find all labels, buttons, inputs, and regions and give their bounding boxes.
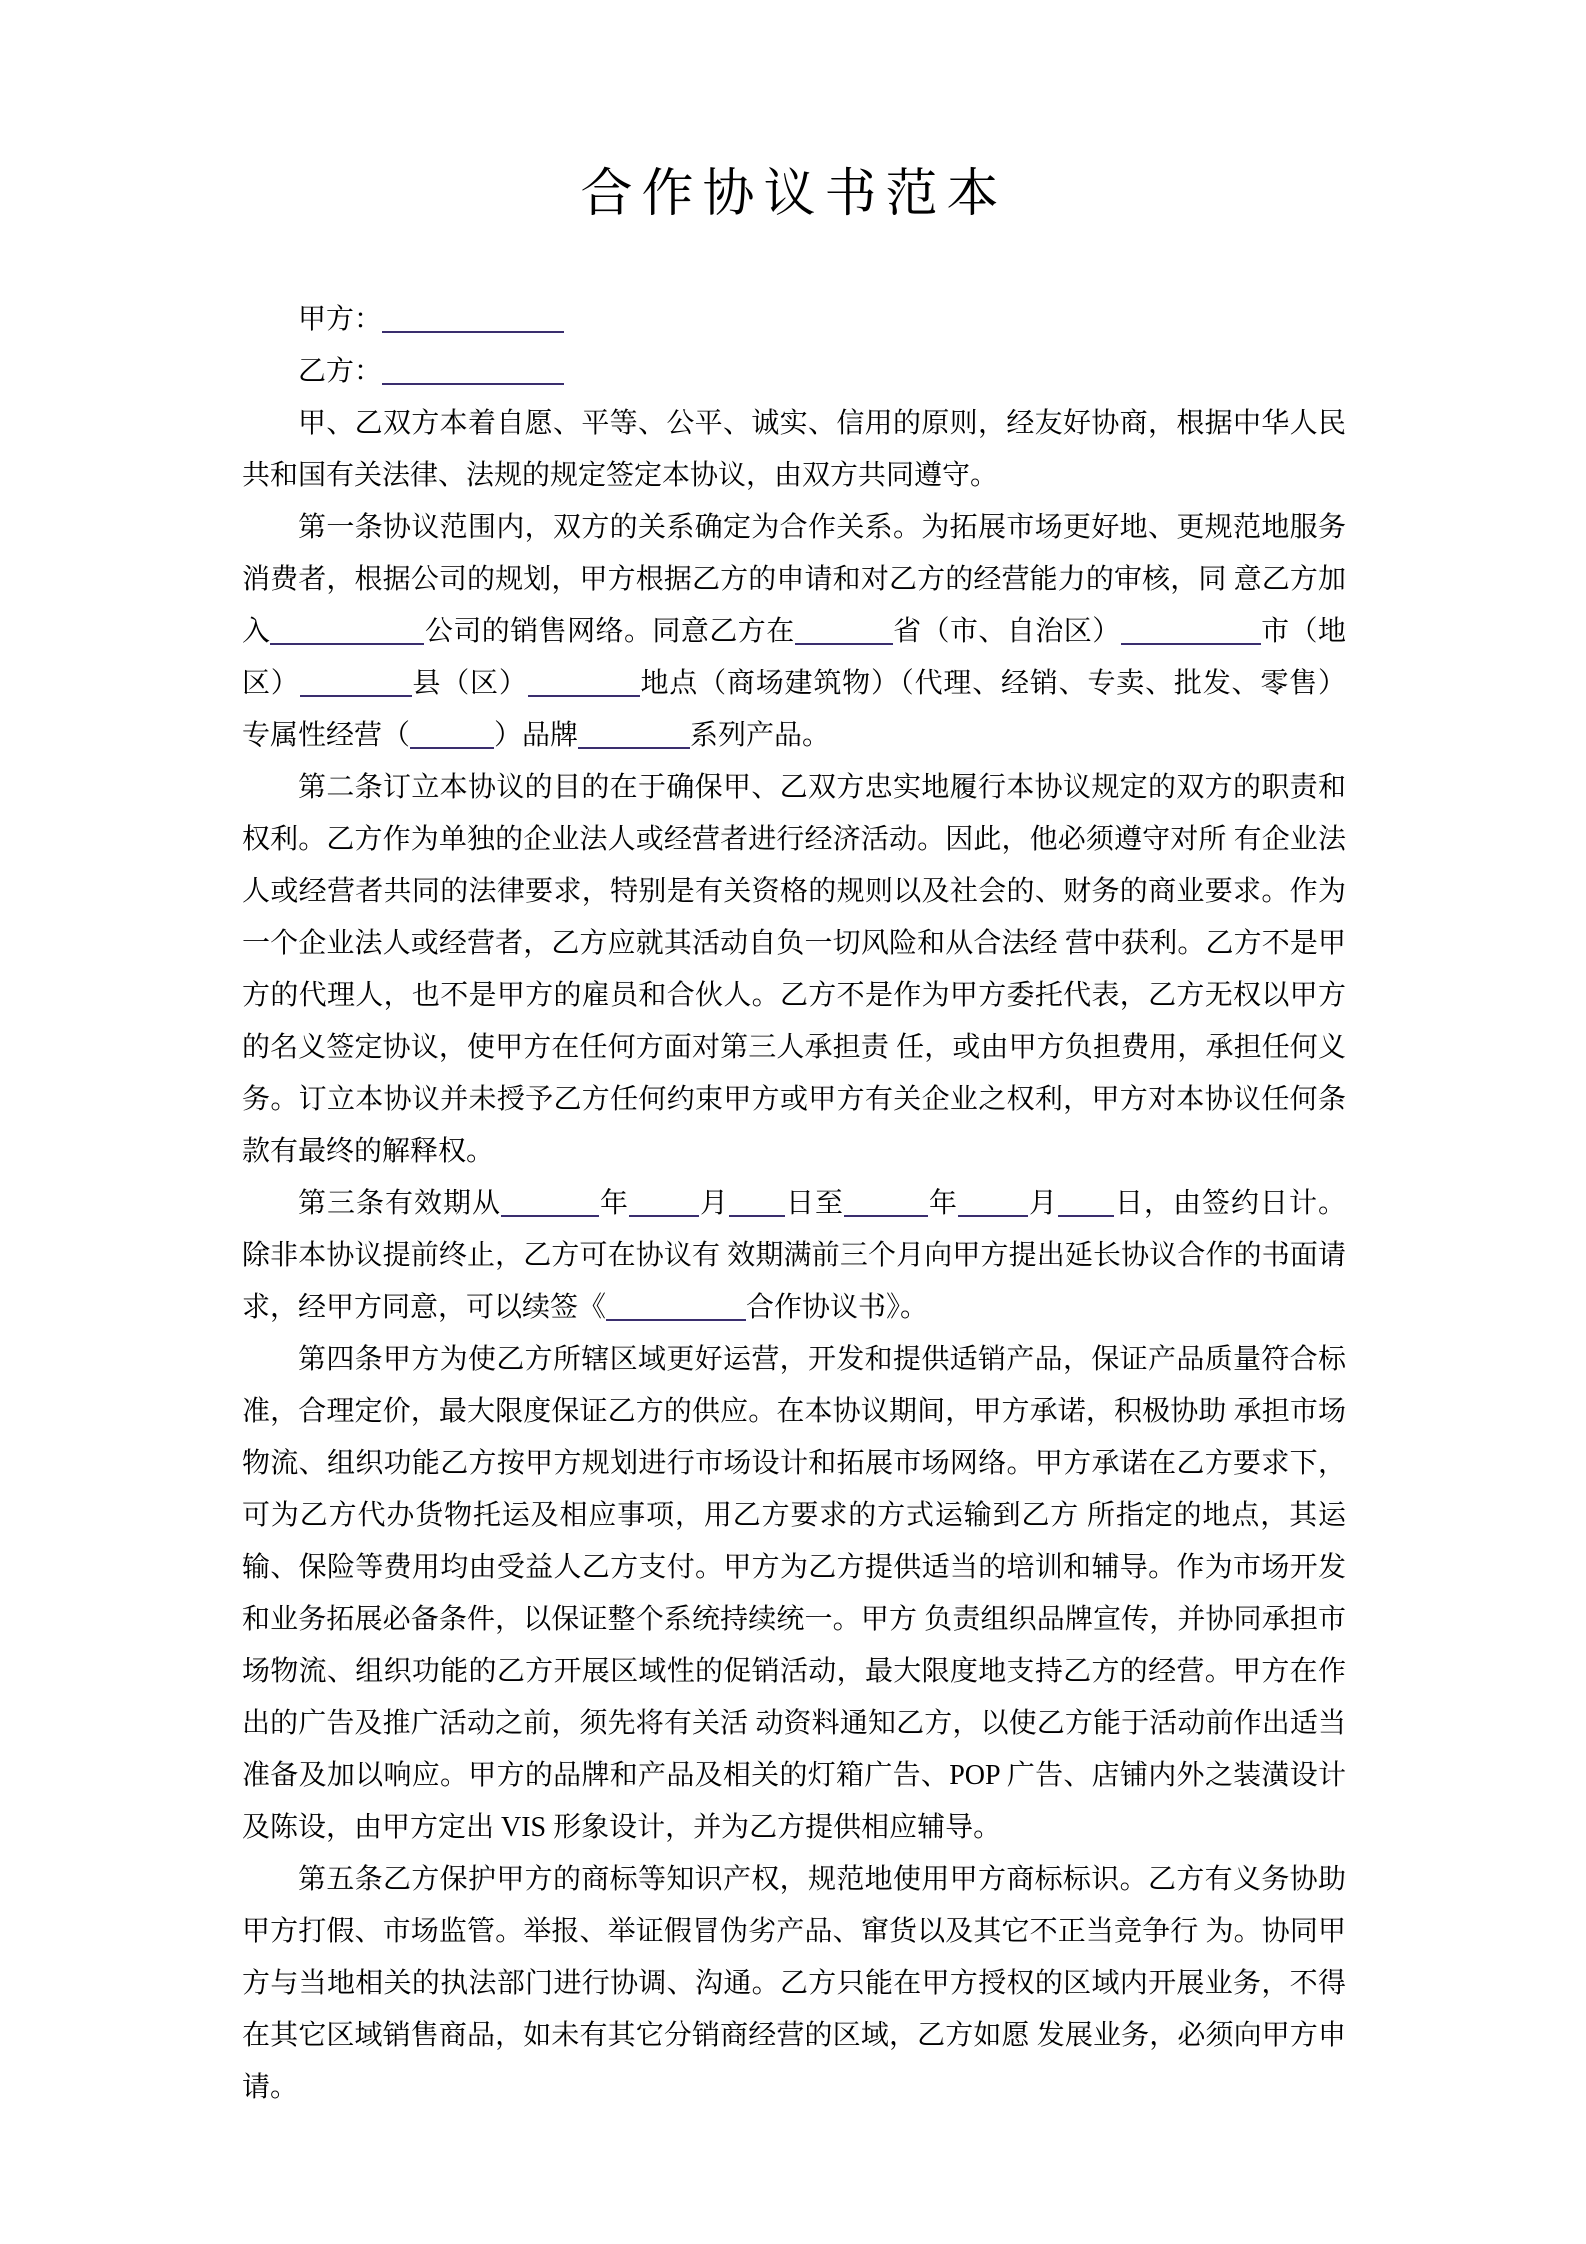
fill-in-blank bbox=[501, 1185, 599, 1217]
clause-5-paragraph: 第五条乙方保护甲方的商标等知识产权，规范地使用甲方商标标识。乙方有义务协助甲方打… bbox=[242, 1854, 1346, 2114]
fill-in-blank bbox=[729, 1185, 785, 1217]
fill-in-blank bbox=[300, 665, 412, 697]
fill-in-blank bbox=[629, 1185, 699, 1217]
clause-1-paragraph: 第一条协议范围内，双方的关系确定为合作关系。为拓展市场更好地、更规范地服务消费者… bbox=[242, 502, 1346, 762]
fill-in-blank bbox=[844, 1185, 928, 1217]
fill-in-blank bbox=[270, 613, 424, 645]
party-a-line: 甲方： bbox=[242, 294, 1346, 346]
fill-in-blank bbox=[1058, 1185, 1114, 1217]
clause-2-paragraph: 第二条订立本协议的目的在于确保甲、乙双方忠实地履行本协议规定的双方的职责和权利。… bbox=[242, 762, 1346, 1178]
contract-document-page: 合作协议书范本 甲方： 乙方： 甲、乙双方本着自愿、平等、公平、诚实、信用的原则… bbox=[0, 0, 1586, 2244]
fill-in-blank bbox=[958, 1185, 1028, 1217]
fill-in-blank bbox=[795, 613, 893, 645]
preamble-paragraph: 甲、乙双方本着自愿、平等、公平、诚实、信用的原则，经友好协商，根据中华人民共和国… bbox=[242, 398, 1346, 502]
fill-in-blank bbox=[528, 665, 640, 697]
clause-4-paragraph: 第四条甲方为使乙方所辖区域更好运营，开发和提供适销产品，保证产品质量符合标准，合… bbox=[242, 1334, 1346, 1854]
clause-3-paragraph: 第三条有效期从年月日至年月日，由签约日计。除非本协议提前终止，乙方可在协议有 效… bbox=[242, 1178, 1346, 1334]
fill-in-blank bbox=[606, 1289, 746, 1321]
document-title: 合作协议书范本 bbox=[242, 150, 1346, 240]
party-b-line: 乙方： bbox=[242, 346, 1346, 398]
fill-in-blank bbox=[410, 717, 494, 749]
fill-in-blank bbox=[382, 353, 564, 385]
fill-in-blank bbox=[1121, 613, 1261, 645]
fill-in-blank bbox=[578, 717, 690, 749]
fill-in-blank bbox=[382, 301, 564, 333]
